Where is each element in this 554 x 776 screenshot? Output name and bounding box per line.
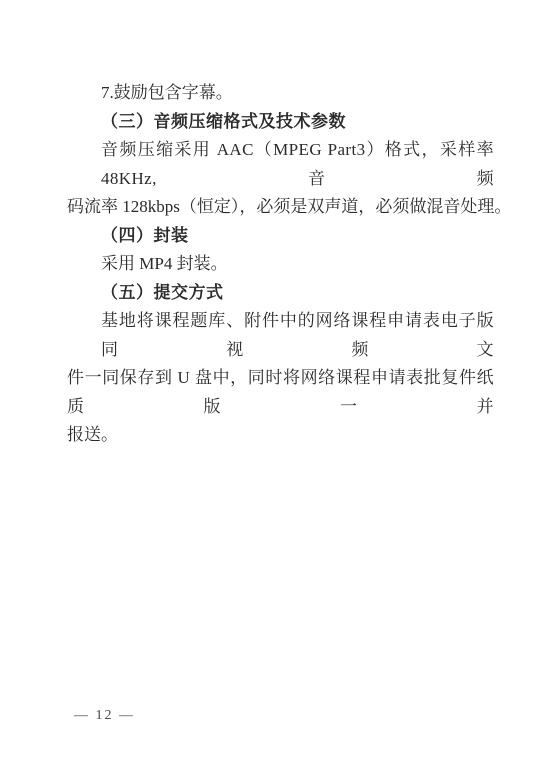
paragraph-line: 基地将课程题库、附件中的网络课程申请表电子版同视频文 <box>67 307 494 364</box>
paragraph-submission: 基地将课程题库、附件中的网络课程申请表电子版同视频文 件一同保存到 U 盘中，同… <box>67 307 494 450</box>
paragraph-line: 码流率 128kbps（恒定），必须是双声道，必须做混音处理。 <box>67 193 494 222</box>
section-heading-audio-compression: （三）音频压缩格式及技术参数 <box>67 108 494 137</box>
paragraph-packaging: 采用 MP4 封装。 <box>67 250 494 279</box>
page-number: — 12 — <box>74 706 135 726</box>
paragraph-audio-specs: 音频压缩采用 AAC（MPEG Part3）格式，采样率 48KHz,音频 码流… <box>67 136 494 222</box>
section-heading-packaging: （四）封装 <box>67 222 494 251</box>
paragraph-line: 报送。 <box>67 421 494 450</box>
numbered-item-7: 7.鼓励包含字幕。 <box>67 79 494 108</box>
paragraph-line: 采用 MP4 封装。 <box>67 250 494 279</box>
document-page: 7.鼓励包含字幕。 （三）音频压缩格式及技术参数 音频压缩采用 AAC（MPEG… <box>0 0 554 776</box>
section-heading-submission: （五）提交方式 <box>67 279 494 308</box>
paragraph-line: 音频压缩采用 AAC（MPEG Part3）格式，采样率 48KHz,音频 <box>67 136 494 193</box>
document-body: 7.鼓励包含字幕。 （三）音频压缩格式及技术参数 音频压缩采用 AAC（MPEG… <box>67 79 494 450</box>
paragraph-line: 件一同保存到 U 盘中，同时将网络课程申请表批复件纸质版一并 <box>67 364 494 421</box>
